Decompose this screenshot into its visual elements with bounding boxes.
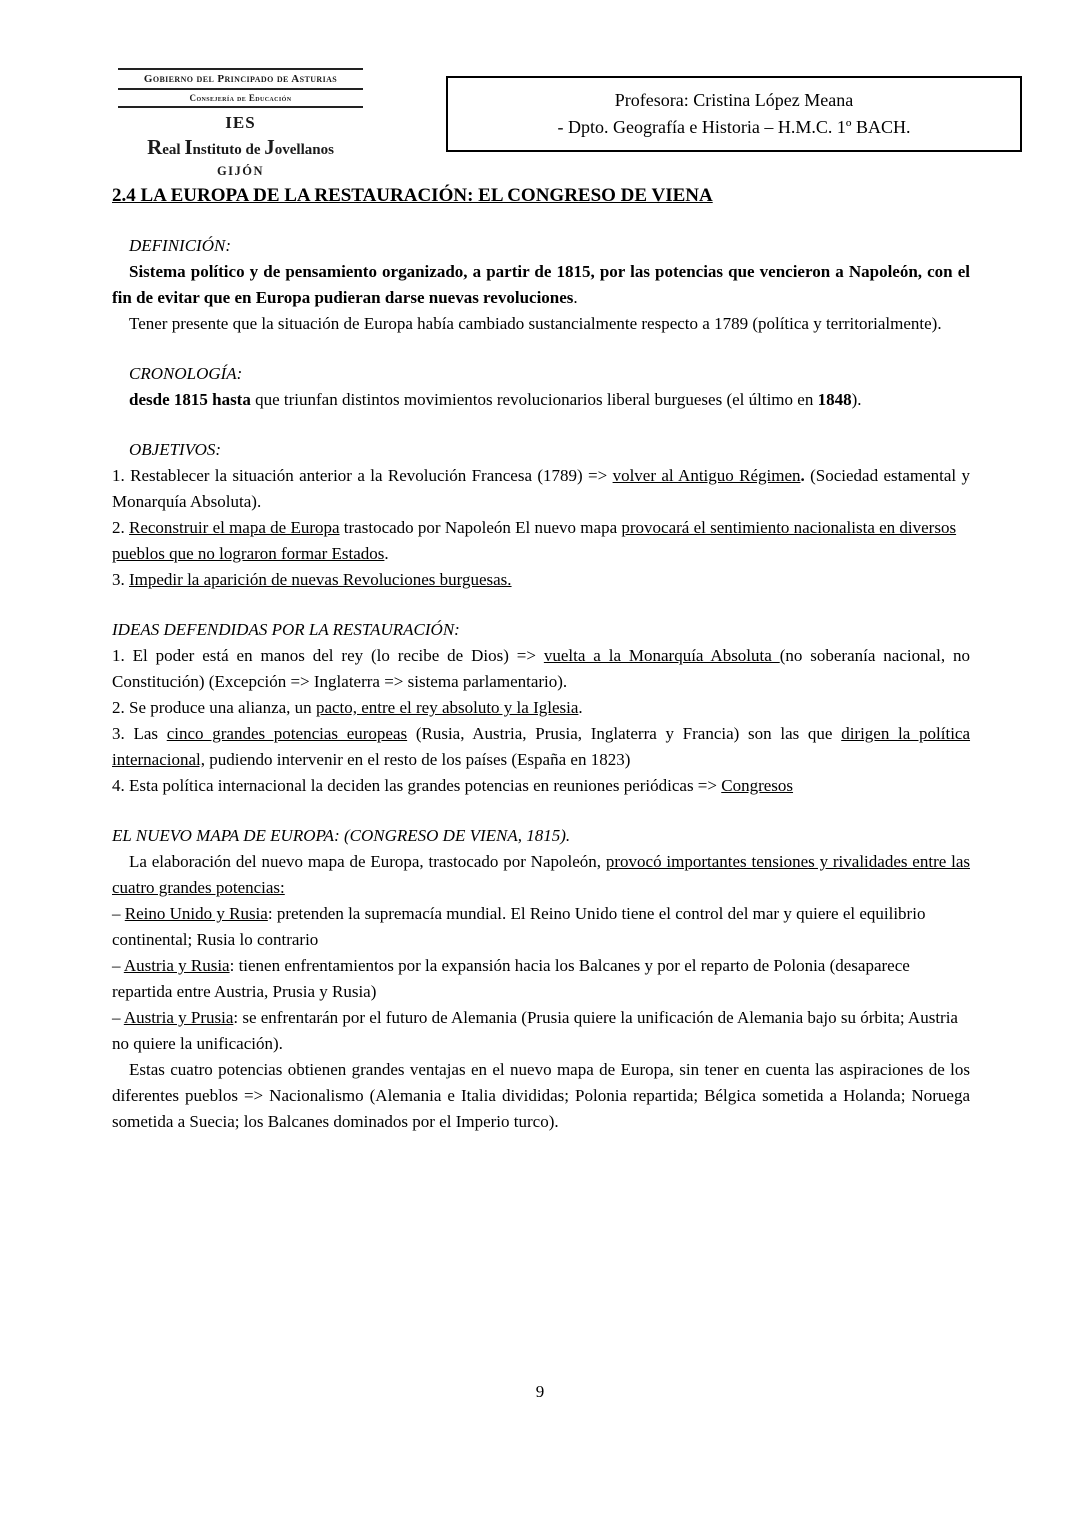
department-course-line: - Dpto. Geografía e Historia – H.M.C. 1º… [448,114,1020,141]
page-title: 2.4 LA EUROPA DE LA RESTAURACIÓN: EL CON… [112,183,970,209]
text-run: que triunfan distintos movimientos revol… [251,390,818,409]
teacher-info-box: Profesora: Cristina López Meana - Dpto. … [446,76,1022,152]
text-run: pacto, entre el rey absoluto y la Iglesi… [316,698,578,717]
text-run: cinco grandes potencias europeas [167,724,407,743]
text-run: 2. Se produce una alianza, un [112,698,316,717]
paragraph: Estas cuatro potencias obtienen grandes … [112,1057,970,1135]
text-run: Tener presente que la situación de Europ… [129,314,942,333]
text-run: EL NUEVO MAPA DE EUROPA: (CONGRESO DE VI… [112,826,570,845]
paragraph: Tener presente que la situación de Europ… [112,311,970,337]
text-run: desde 1815 hasta [129,390,251,409]
paragraph: – Austria y Rusia: tienen enfrentamiento… [112,953,970,1005]
text-run: CRONOLOGÍA: [129,364,242,383]
text-run: Reino Unido y Rusia [125,904,268,923]
text-run: 2. [112,518,129,537]
school-name: Real Instituto de Jovellanos [118,133,363,160]
text-run: . [578,698,582,717]
text-run: Congresos [721,776,793,795]
text-run: La elaboración del nuevo mapa de Europa,… [129,852,606,871]
text-run: 4. Esta política internacional la decide… [112,776,721,795]
text-run: . [573,288,577,307]
education-department: Consejería de Educación [118,90,363,106]
text-run: DEFINICIÓN: [129,236,231,255]
text-run: – [112,1008,124,1027]
text-run: volver al Antiguo Régimen [613,466,801,485]
text-run: Austria y Prusia [124,1008,234,1027]
text-run: IDEAS DEFENDIDAS POR LA RESTAURACIÓN: [112,620,460,639]
teacher-name: Profesora: Cristina López Meana [448,87,1020,114]
text-run: . [384,544,388,563]
text-run: : se enfrentarán por el futuro de Aleman… [112,1008,958,1053]
page-number: 9 [0,1382,1080,1402]
text-run: 3. [112,570,129,589]
document-body: DEFINICIÓN:Sistema político y de pensami… [112,233,970,1135]
text-run: trastocado por Napoleón El nuevo mapa [340,518,622,537]
paragraph: Sistema político y de pensamiento organi… [112,259,970,311]
text-run: pudiendo intervenir en el resto de los p… [205,750,630,769]
paragraph: La elaboración del nuevo mapa de Europa,… [112,849,970,901]
text-run: Austria y Rusia [124,956,230,975]
section-heading: IDEAS DEFENDIDAS POR LA RESTAURACIÓN: [112,617,970,643]
text-run: OBJETIVOS: [129,440,221,459]
paragraph: 3. Impedir la aparición de nuevas Revolu… [112,567,970,593]
paragraph: 1. El poder está en manos del rey (lo re… [112,643,970,695]
section-heading: CRONOLOGÍA: [112,361,970,387]
text-run: vuelta a la Monarquía Absoluta [544,646,780,665]
paragraph: 2. Reconstruir el mapa de Europa trastoc… [112,515,970,567]
text-run: Reconstruir el mapa de Europa [129,518,340,537]
paragraph: – Reino Unido y Rusia: pretenden la supr… [112,901,970,953]
paragraph: – Austria y Prusia: se enfrentarán por e… [112,1005,970,1057]
text-run: ). [852,390,862,409]
text-run: – [112,904,125,923]
government-name: Gobierno del Principado de Asturias [118,70,363,88]
section-heading: DEFINICIÓN: [112,233,970,259]
text-run: : tienen enfrentamientos por la expansió… [112,956,910,1001]
document-content: 2.4 LA EUROPA DE LA RESTAURACIÓN: EL CON… [112,183,970,1135]
paragraph: desde 1815 hasta que triunfan distintos … [112,387,970,413]
document-page: Gobierno del Principado de Asturias Cons… [0,0,1080,1527]
text-run: Estas cuatro potencias obtienen grandes … [112,1060,970,1131]
text-run: 3. Las [112,724,167,743]
paragraph: 2. Se produce una alianza, un pacto, ent… [112,695,970,721]
paragraph: 1. Restablecer la situación anterior a l… [112,463,970,515]
paragraph: 3. Las cinco grandes potencias europeas … [112,721,970,773]
school-logo: Gobierno del Principado de Asturias Cons… [118,68,363,179]
section-heading: EL NUEVO MAPA DE EUROPA: (CONGRESO DE VI… [112,823,970,849]
text-run: 1848 [818,390,852,409]
text-run: Sistema político y de pensamiento organi… [112,262,970,307]
text-run: 1. Restablecer la situación anterior a l… [112,466,613,485]
text-run: Impedir la aparición de nuevas Revolucio… [129,570,512,589]
ies-label: IES [118,108,363,133]
text-run: (Rusia, Austria, Prusia, Inglaterra y Fr… [407,724,841,743]
text-run: – [112,956,124,975]
section-heading: OBJETIVOS: [112,437,970,463]
paragraph: 4. Esta política internacional la decide… [112,773,970,799]
text-run: 1. El poder está en manos del rey (lo re… [112,646,544,665]
school-city: GIJÓN [118,160,363,179]
